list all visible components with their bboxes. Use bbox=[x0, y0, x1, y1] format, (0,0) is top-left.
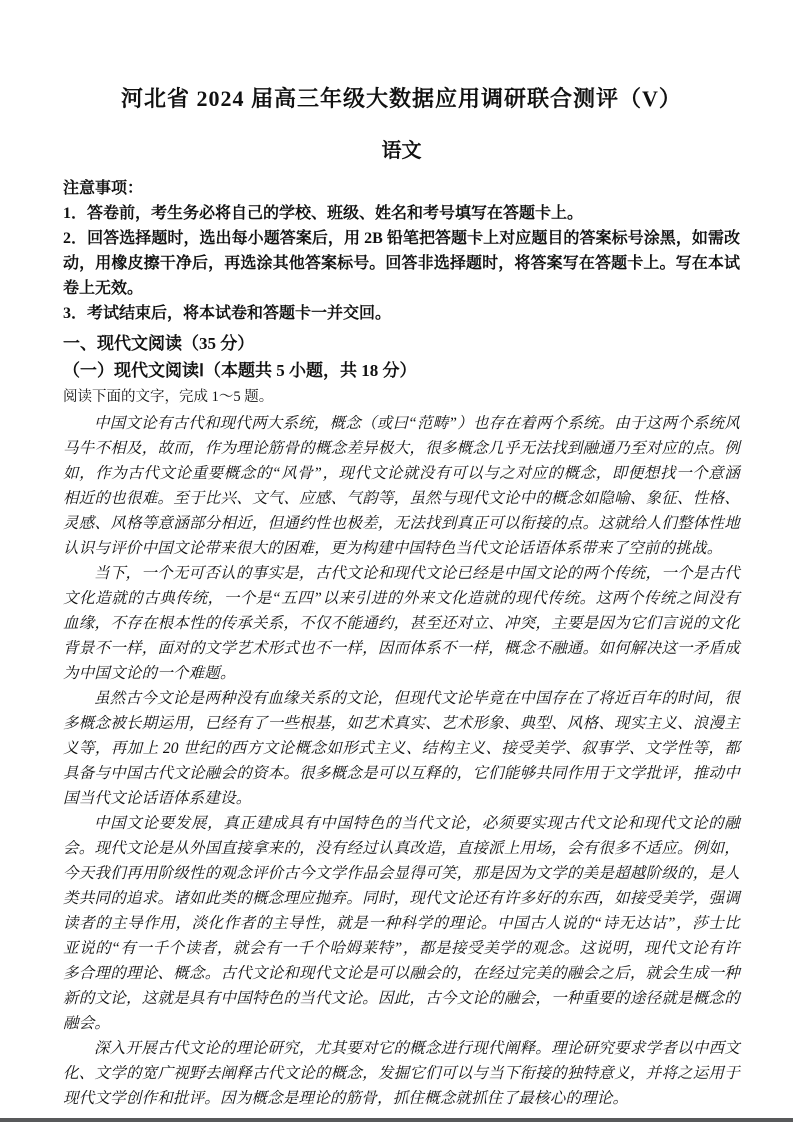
page-bottom-edge-bar bbox=[0, 1118, 793, 1122]
exam-title: 河北省 2024 届高三年级大数据应用调研联合测评（V） bbox=[63, 86, 740, 112]
reading-instruction: 阅读下面的文字，完成 1～5 题。 bbox=[63, 386, 740, 409]
exam-paper-page: 河北省 2024 届高三年级大数据应用调研联合测评（V） 语文 注意事项： 1．… bbox=[0, 0, 793, 1122]
passage-paragraph-4: 中国文论要发展，真正建成具有中国特色的当代文论，必须要实现古代文论和现代文论的融… bbox=[63, 811, 740, 1036]
section-subheading-reading-1: （一）现代文阅读Ⅰ（本题共 5 小题，共 18 分） bbox=[63, 357, 740, 384]
passage-paragraph-5: 深入开展古代文论的理论研究，尤其要对它的概念进行现代阐释。理论研究要求学者以中西… bbox=[63, 1036, 740, 1111]
section-heading-modern-reading: 一、现代文阅读（35 分） bbox=[63, 330, 740, 357]
notice-item-3: 3．考试结束后，将本试卷和答题卡一并交回。 bbox=[63, 301, 740, 326]
passage-paragraph-1: 中国文论有古代和现代两大系统，概念（或曰“范畴”）也存在着两个系统。由于这两个系… bbox=[63, 411, 740, 561]
notice-item-1: 1．答卷前，考生务必将自己的学校、班级、姓名和考号填写在答题卡上。 bbox=[63, 201, 740, 226]
notice-item-2: 2．回答选择题时，选出每小题答案后，用 2B 铅笔把答题卡上对应题目的答案标号涂… bbox=[63, 226, 740, 301]
reading-passage: 中国文论有古代和现代两大系统，概念（或曰“范畴”）也存在着两个系统。由于这两个系… bbox=[63, 411, 740, 1111]
exam-subject: 语文 bbox=[63, 139, 740, 163]
passage-paragraph-2: 当下，一个无可否认的事实是，古代文论和现代文论已经是中国文论的两个传统，一个是古… bbox=[63, 561, 740, 686]
notice-heading: 注意事项： bbox=[63, 177, 740, 201]
passage-paragraph-3: 虽然古今文论是两种没有血缘关系的文论，但现代文论毕竟在中国存在了将近百年的时间，… bbox=[63, 686, 740, 811]
